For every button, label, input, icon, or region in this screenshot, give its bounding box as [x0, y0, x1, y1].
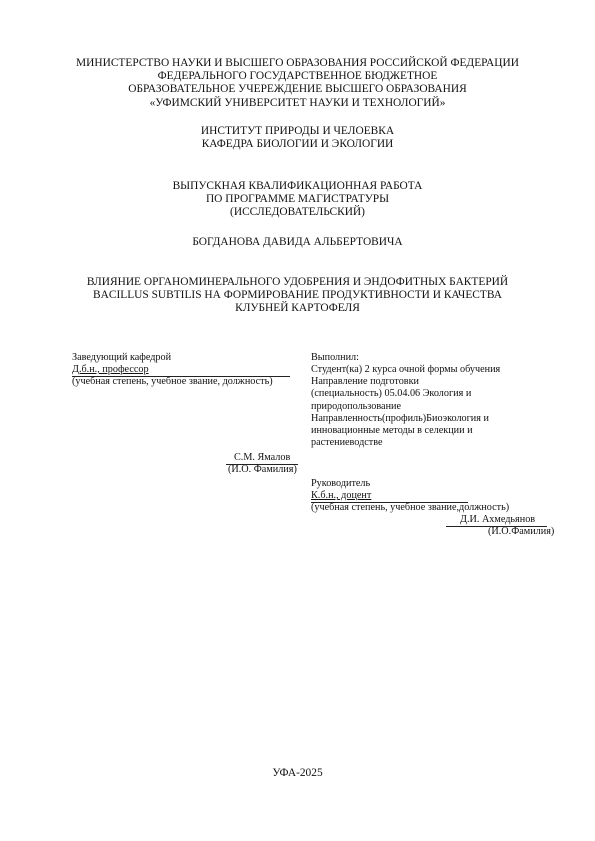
performer-details: Студент(ка) 2 курса очной формы обучения… — [311, 364, 500, 449]
head-label: Заведующий кафедрой — [72, 352, 171, 364]
head-name-caption: (И.О. Фамилия) — [228, 464, 297, 476]
performer-line: природопользование — [311, 401, 500, 413]
institute-name: ИНСТИТУТ ПРИРОДЫ И ЧЕЛОЕВКА — [0, 125, 595, 138]
work-type-line: ПО ПРОГРАММЕ МАГИСТРАТУРЫ — [0, 193, 595, 206]
head-name: С.М. Ямалов — [234, 452, 290, 463]
ministry-line: «УФИМСКИЙ УНИВЕРСИТЕТ НАУКИ И ТЕХНОЛОГИЙ… — [0, 97, 595, 110]
supervisor-degree-caption: (учебная степень, учебное звание,должнос… — [311, 502, 509, 514]
institute-block: ИНСТИТУТ ПРИРОДЫ И ЧЕЛОЕВКА КАФЕДРА БИОЛ… — [0, 125, 595, 151]
supervisor-name-caption: (И.О.Фамилия) — [488, 526, 554, 538]
city-year: УФА-2025 — [0, 767, 595, 780]
work-type-line: (ИССЛЕДОВАТЕЛЬСКИЙ) — [0, 206, 595, 219]
ministry-line: МИНИСТЕРСТВО НАУКИ И ВЫСШЕГО ОБРАЗОВАНИЯ… — [0, 57, 595, 70]
title-line: ВЛИЯНИЕ ОРГАНОМИНЕРАЛЬНОГО УДОБРЕНИЯ И Э… — [0, 276, 595, 289]
ministry-line: ОБРАЗОВАТЕЛЬНОЕ УЧЕРЕЖДЕНИЕ ВЫСШЕГО ОБРА… — [0, 83, 595, 96]
thesis-title: ВЛИЯНИЕ ОРГАНОМИНЕРАЛЬНОГО УДОБРЕНИЯ И Э… — [0, 276, 595, 316]
title-line: BACILLUS SUBTILIS НА ФОРМИРОВАНИЕ ПРОДУК… — [0, 289, 595, 302]
ministry-line: ФЕДЕРАЛЬНОГО ГОСУДАРСТВЕННОЕ БЮДЖЕТНОЕ — [0, 70, 595, 83]
supervisor-name: Д.И. Ахмедьянов — [460, 514, 535, 525]
ministry-header: МИНИСТЕРСТВО НАУКИ И ВЫСШЕГО ОБРАЗОВАНИЯ… — [0, 57, 595, 110]
department-name: КАФЕДРА БИОЛОГИИ И ЭКОЛОГИИ — [0, 138, 595, 151]
title-line: КЛУБНЕЙ КАРТОФЕЛЯ — [0, 302, 595, 315]
head-degree: Д.б.н., профессор — [72, 364, 149, 375]
performer-line: Направленность(профиль)Биоэкология и — [311, 413, 500, 425]
supervisor-label: Руководитель — [311, 478, 370, 490]
performer-label: Выполнил: — [311, 352, 359, 364]
head-degree-caption: (учебная степень, учебное звание, должно… — [72, 376, 273, 388]
performer-line: инновационные методы в селекции и — [311, 425, 500, 437]
work-type-block: ВЫПУСКНАЯ КВАЛИФИКАЦИОННАЯ РАБОТА ПО ПРО… — [0, 180, 595, 220]
performer-line: Студент(ка) 2 курса очной формы обучения — [311, 364, 500, 376]
performer-line: (специальность) 05.04.06 Экология и — [311, 388, 500, 400]
performer-line: Направление подготовки — [311, 376, 500, 388]
supervisor-degree: К.б.н., доцент — [311, 490, 371, 501]
performer-line: растениеводстве — [311, 437, 500, 449]
work-type-line: ВЫПУСКНАЯ КВАЛИФИКАЦИОННАЯ РАБОТА — [0, 180, 595, 193]
author-name: БОГДАНОВА ДАВИДА АЛЬБЕРТОВИЧА — [0, 236, 595, 249]
